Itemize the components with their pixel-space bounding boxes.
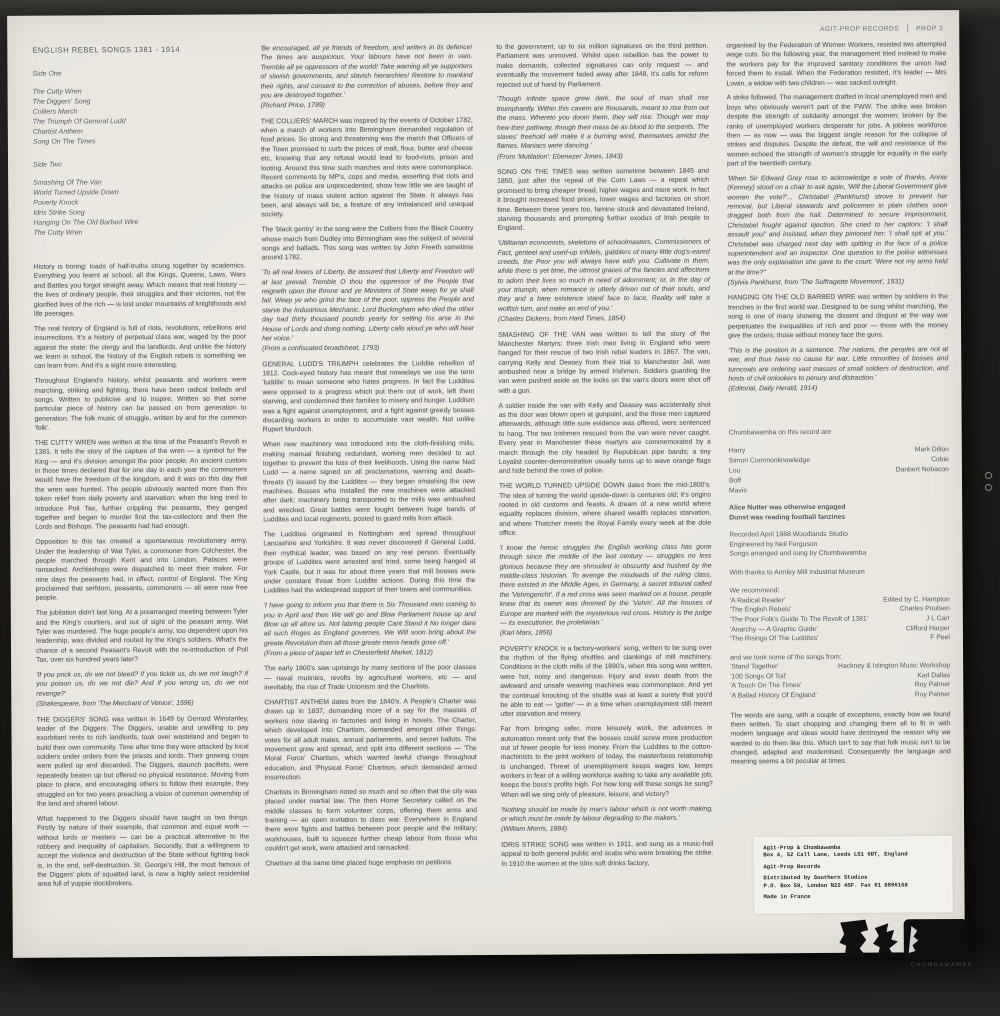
address-box: Agit-Prop & ChumbawambaBox 4, 52 Call La… — [754, 836, 952, 913]
source-author: Roy Palmer — [915, 690, 951, 700]
band-member-row: Lou Danbert Nobacon — [729, 465, 949, 476]
member-alias: Lou — [729, 467, 740, 477]
band-member-row: Harry Mark Dillon — [729, 445, 949, 456]
edge-ring-mark — [985, 484, 992, 491]
header-divider — [907, 24, 908, 32]
paragraph: 'If you prick us, do we not bleed? If yo… — [36, 669, 248, 698]
paragraph: (Karl Marx, 1856) — [500, 628, 712, 639]
record-sleeve-back: AGIT-PROP RECORDS PROP 3 ENGLISH REBEL S… — [7, 10, 965, 958]
column-3: to the government, up to six million sig… — [496, 42, 713, 875]
paragraph: 'Be encouraged, all ye friends of freedo… — [260, 43, 472, 101]
record-label-name: AGIT-PROP RECORDS — [820, 25, 899, 32]
recording-credits: Recorded April 1988 Woodlands StudioEngi… — [729, 529, 949, 559]
paragraph: 'I have going to inform you that there i… — [264, 600, 476, 648]
paragraph: What happened to the Diggers should have… — [37, 813, 249, 889]
column-4: organised by the Federation of Women Wor… — [726, 40, 950, 773]
paragraph: The early 1800's saw uprisings by many s… — [264, 663, 476, 692]
side-two-tracklist: Smashing Of The VanWorld Turned Upside D… — [33, 177, 245, 238]
paragraph: 'To all real lovers of Liberty. Be assur… — [262, 267, 474, 343]
paragraph: Throughout England's history, whilst pea… — [34, 376, 246, 434]
column-1: ENGLISH REBEL SONGS 1381 - 1914 Side One… — [32, 44, 249, 895]
book-title: 'The Risings Of The Luddites' — [730, 634, 819, 644]
paragraph: (Sylvia Pankhurst, from 'The Suffragette… — [728, 277, 948, 288]
paragraph: A soldier inside the van with Kelly and … — [498, 400, 710, 476]
paragraph: The jubilation didn't last long. At a pr… — [36, 608, 248, 666]
side-two-label: Side Two — [33, 160, 245, 168]
paragraph: (From 'Mutilation': Ebenezer Jones, 1843… — [497, 151, 709, 162]
source-author: Roy Palmer — [915, 681, 951, 691]
paragraph: When new machinery was introduced into t… — [263, 439, 476, 525]
book-author: F Peel — [930, 633, 950, 643]
song-sources: 'Stand Together' Hackney & Islington Mus… — [730, 661, 950, 701]
chumbawamba-logo-icon — [835, 916, 973, 967]
paragraph: SONG ON THE TIMES was written sometime b… — [497, 167, 709, 234]
column-2: 'Be encouraged, all ye friends of freedo… — [260, 43, 477, 874]
track-title: Song On The Times — [33, 136, 245, 147]
paragraph: THE CUTTY WREN was written at the time o… — [35, 437, 248, 532]
song-source-row: 'A Ballad History Of England' Roy Palmer — [730, 690, 950, 701]
book-title: 'The English Rebels' — [730, 605, 792, 615]
side-one-label: Side One — [32, 69, 244, 77]
paragraph: GENERAL LUDD'S TRIUMPH celebrates the Lu… — [262, 359, 474, 435]
book-title: 'A Radical Reader' — [730, 596, 786, 606]
book-author: Edited by C. Hampton — [883, 595, 950, 605]
side-one-tracklist: The Cutty WrenThe Diggers' SongColliers … — [33, 86, 245, 147]
member-alias: Simon Commonknowledge — [729, 456, 810, 466]
member-alias: Harry — [729, 447, 746, 457]
paragraph: (From a piece of paper left in Chesterfi… — [264, 648, 476, 659]
column-1-essays: History is boring: loads of half-truths … — [34, 261, 250, 889]
book-title: 'Anarchy — A Graphic Guide' — [730, 625, 818, 635]
album-title: ENGLISH REBEL SONGS 1381 - 1914 — [32, 44, 244, 54]
book-author: J L Carr — [926, 614, 950, 624]
paragraph: 'Utilitarian economists, skeletons of sc… — [498, 238, 710, 314]
credits-notes: Alice Nutter was otherwise engagedDunst … — [729, 502, 949, 522]
track-title: The Cutty Wren — [33, 227, 245, 238]
source-title: 'A Ballad History Of England' — [730, 691, 817, 701]
recording-credit-line: Songs arranged and sung by Chumbawamba — [729, 548, 949, 559]
paragraph: (William Morris, 1884) — [501, 824, 713, 835]
paragraph: The real history of England is full of r… — [34, 323, 246, 371]
member-name: Mark Dillon — [915, 445, 949, 455]
logo-caption: CHUMBAWAMBA — [875, 962, 973, 969]
paragraph: THE DIGGERS' SONG was written in 1649 by… — [36, 714, 249, 809]
column-4-essays: organised by the Federation of Women Wor… — [726, 40, 948, 394]
credits-note: Dunst was reading football fanzines — [729, 512, 949, 523]
paragraph: (Charles Dickens, from Hard Times, 1854) — [498, 314, 710, 325]
address-line: Made in France — [764, 892, 946, 901]
catalog-number: PROP 3 — [916, 25, 943, 32]
member-name: Danbert Nobacon — [896, 465, 949, 475]
paragraph: The 'black gentry' in the song were the … — [261, 224, 473, 263]
source-title: 'A Touch On The Times' — [730, 681, 801, 691]
paragraph: 'I know the heroic struggles the English… — [499, 542, 712, 628]
paragraph: (Richard Price, 1789) — [261, 100, 473, 111]
credits-heading: Chumbawamba on this record are: — [729, 427, 949, 438]
recommended-books: 'A Radical Reader' Edited by C. Hampton … — [730, 595, 950, 644]
book-author: Clifford Harper — [906, 624, 950, 634]
book-author: Charles Poulsen — [900, 605, 950, 615]
book-title: 'The Poor Folk's Guide To The Revolt of … — [730, 615, 868, 625]
thanks-line: With thanks to Armley Mill Industrial Mu… — [730, 567, 950, 578]
book-row: 'The Risings Of The Luddites' F Peel — [730, 633, 950, 644]
member-name: Cobie — [931, 455, 949, 465]
edge-ring-mark — [985, 472, 992, 479]
paragraph: organised by the Federation of Women Wor… — [726, 40, 946, 88]
paragraph: 'Nothing should be made by man's labour … — [501, 804, 713, 824]
paragraph: POVERTY KNOCK is a factory-workers' song… — [500, 643, 712, 719]
label-catalog-header: AGIT-PROP RECORDS PROP 3 — [820, 24, 943, 33]
paragraph: History is boring: loads of half-truths … — [34, 261, 246, 319]
member-alias: Mavis — [729, 487, 747, 497]
paragraph: 'When Sir Edward Grey rose to acknowledg… — [727, 173, 948, 277]
paragraph: (Editorial, Daily Herald, 1914) — [728, 383, 948, 394]
paragraph: THE COLLIERS' MARCH was inspired by the … — [261, 116, 474, 220]
paragraph: CHARTIST ANTHEM dates from the 1840's. A… — [264, 697, 477, 783]
paragraph: HANGING ON THE OLD BARBED WIRE was writt… — [728, 293, 948, 341]
source-author: Karl Dallas — [917, 671, 950, 681]
source-title: 'Stand Together' — [730, 662, 779, 672]
paragraph: Opposition to this tax created a spontan… — [35, 537, 247, 604]
paragraph: Chartism at the same time placed huge em… — [265, 858, 477, 869]
paragraph: 'Though infinite space grew dark, the so… — [497, 94, 709, 152]
paragraph: 'This is the position in a sentence. The… — [728, 345, 948, 384]
paragraph: SMASHING OF THE VAN was written to tell … — [498, 329, 710, 396]
source-title: '100 Songs Of Toil' — [730, 672, 786, 682]
band-members: Harry Mark Dillon Simon Commonknowledge … — [729, 445, 949, 496]
paragraph: A strike followed. The management drafte… — [727, 93, 947, 169]
paragraph: The Luddites originated in Nottingham an… — [263, 529, 475, 596]
paragraph: IDRIS STRIKE SONG was written in 1911, a… — [501, 839, 713, 868]
closing-paragraph: The words are sung, with a couple of exc… — [730, 710, 950, 768]
paragraph: Far from bringing safer, more leisurely … — [500, 724, 712, 800]
paragraph: to the government, up to six million sig… — [496, 42, 708, 90]
paragraph: THE WORLD TURNED UPSIDE DOWN dates from … — [499, 481, 711, 539]
paragraph: (From a confiscated broadsheet, 1793) — [262, 343, 474, 354]
member-alias: Boff — [729, 477, 741, 487]
paragraph: Chartists in Birmingham rioted so much a… — [265, 787, 477, 854]
band-member-row: Mavis — [729, 485, 949, 496]
paragraph: (Shakespeare, from 'The Merchant of Veni… — [36, 699, 248, 710]
credits-section: Chumbawamba on this record are: Harry Ma… — [729, 427, 951, 768]
